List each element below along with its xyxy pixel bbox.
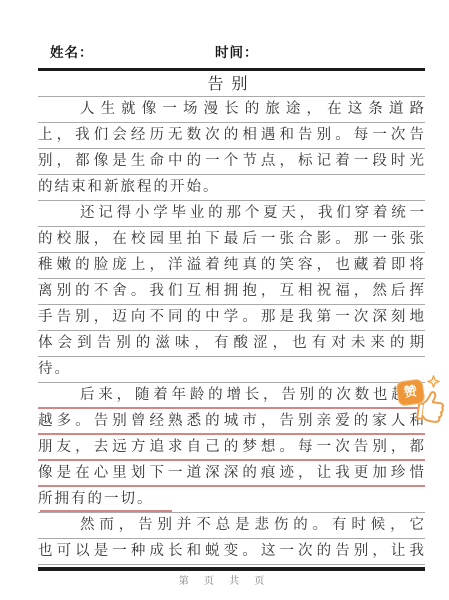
essay-line: 手告别，迈向不同的中学。那是我第一次深刻地 — [38, 305, 425, 331]
praise-badge: 赞 — [397, 379, 425, 405]
essay-line: 人生就像一场漫长的旅途，在这条道路 — [38, 97, 425, 123]
essay-line: 离别的不舍。我们互相拥抱，互相祝福，然后挥 — [38, 279, 425, 305]
essay-line: 像是在心里划下一道深深的痕迹，让我更加珍惜 — [38, 461, 425, 487]
essay-line: 越多。告别曾经熟悉的城市，告别亲爱的家人和 — [38, 409, 425, 435]
time-label: 时间： — [215, 41, 259, 61]
essay-sheet: 姓名： 时间： 告别人生就像一场漫长的旅途，在这条道路上，我们会经历无数次的相遇… — [0, 0, 449, 600]
essay-line: 的结束和新旅程的开始。 — [38, 175, 425, 201]
essay-line: 别，都像是生命中的一个节点，标记着一段时光 — [38, 149, 425, 175]
essay-line: 上，我们会经历无数次的相遇和告别。每一次告 — [38, 123, 425, 149]
essay-line: 然而，告别并不总是悲伤的。有时候，它 — [38, 513, 425, 539]
essay-line: 的校服，在校园里拍下最后一张合影。那一张张 — [38, 227, 425, 253]
essay-line: 还记得小学毕业的那个夏天，我们穿着统一 — [38, 201, 425, 227]
bottom-frame-line — [38, 567, 425, 571]
essay-line: 所拥有的一切。 — [38, 487, 425, 513]
essay-line: 朋友，去远方追求自己的梦想。每一次告别，都 — [38, 435, 425, 461]
sheet-header: 姓名： 时间： — [38, 41, 425, 63]
praise-sticker: 赞 — [396, 374, 449, 430]
essay-title: 告别 — [38, 71, 425, 97]
name-label: 姓名： — [50, 41, 94, 61]
page-footer: 第 页 共 页 — [0, 572, 449, 587]
essay-line: 体会到告别的滋味，有酸涩，也有对未来的期 — [38, 331, 425, 357]
essay-line: 也可以是一种成长和蜕变。这一次的告别，让我 — [38, 539, 425, 565]
essay-body: 告别人生就像一场漫长的旅途，在这条道路上，我们会经历无数次的相遇和告别。每一次告… — [38, 68, 425, 565]
essay-line: 待。 — [38, 357, 425, 383]
essay-line: 后来，随着年龄的增长，告别的次数也越来 — [38, 383, 425, 409]
sparkle-icon — [427, 375, 440, 388]
essay-line: 稚嫩的脸庞上，洋溢着纯真的笑容，也藏着即将 — [38, 253, 425, 279]
